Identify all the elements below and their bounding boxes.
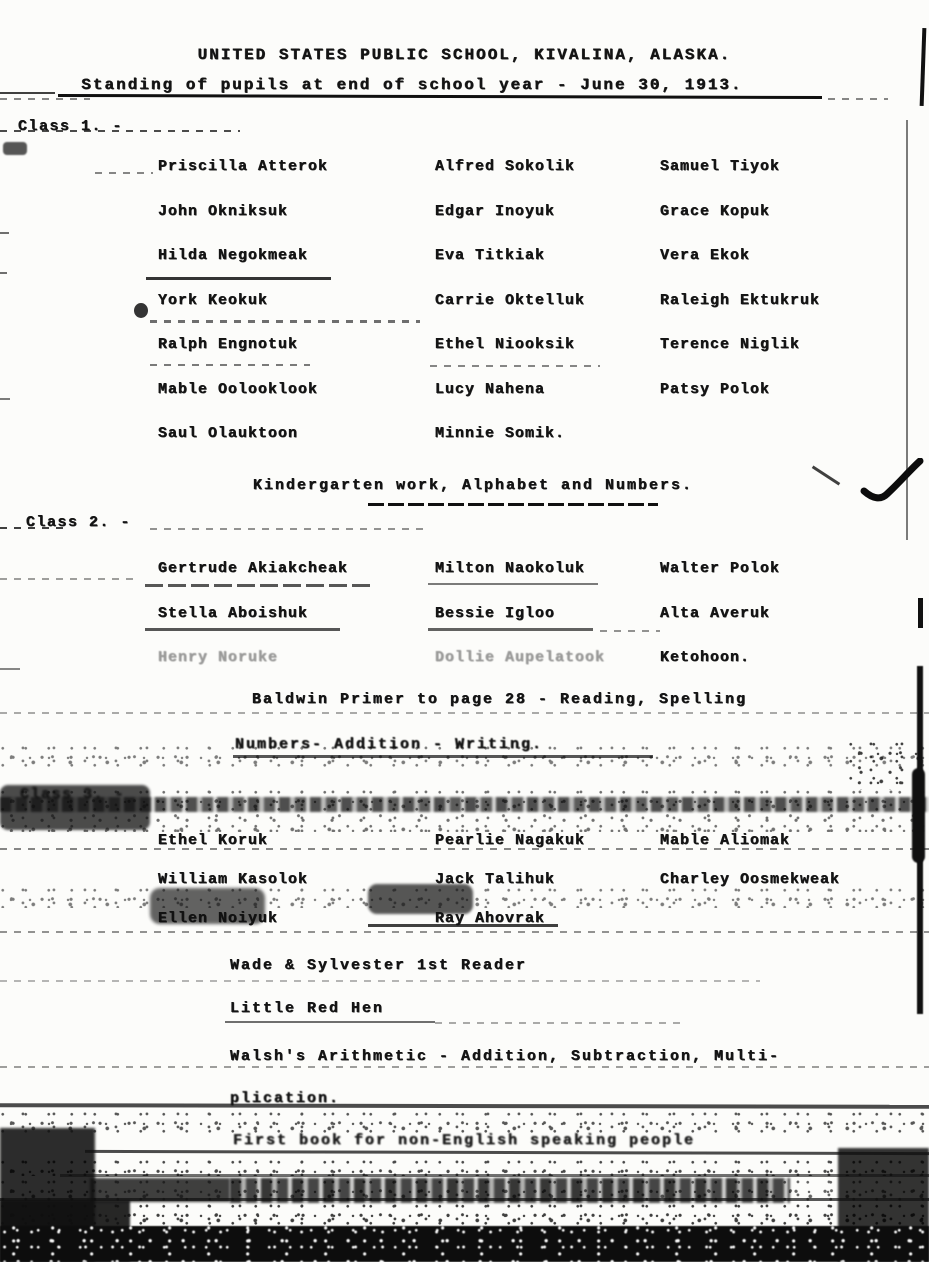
scan-edge-line: [912, 768, 925, 863]
scan-artifact: [435, 1022, 685, 1024]
pupil-name: Milton Naokoluk: [435, 560, 660, 577]
ink-blob: [134, 303, 148, 318]
class-2-note-1: Baldwin Primer to page 28 - Reading, Spe…: [252, 691, 747, 708]
pupil-name: Hilda Negokmeak: [158, 247, 435, 264]
pupil-name: Walter Polok: [660, 560, 918, 577]
scanned-document-page: UNITED STATES PUBLIC SCHOOL, KIVALINA, A…: [0, 0, 929, 1262]
scan-artifact: [828, 98, 888, 100]
roster-row: Henry NorukeDollie AupelatookKetohoon.: [158, 649, 918, 694]
class-3-note-5: First book for non-English speaking peop…: [233, 1132, 695, 1149]
scan-artifact: [0, 92, 55, 94]
scan-edge-line: [906, 120, 908, 540]
pupil-name: Mable Oolooklook: [158, 381, 435, 398]
name-underline: [145, 584, 370, 587]
pupil-name: Stella Aboishuk: [158, 605, 435, 622]
scan-edge-line: [920, 28, 927, 106]
scan-artifact: [0, 232, 9, 234]
pupil-name: Samuel Tiyok: [660, 158, 918, 175]
name-underline: [428, 583, 598, 585]
scan-artifact: [150, 528, 430, 530]
scan-artifact: [600, 630, 660, 632]
pupil-name: Edgar Inoyuk: [435, 203, 660, 220]
scan-artifact: [0, 1202, 929, 1226]
ink-blob: [85, 1150, 929, 1155]
name-underline: [150, 320, 420, 323]
pupil-name: Alfred Sokolik: [435, 158, 660, 175]
pupil-name: Ralph Engnotuk: [158, 336, 435, 353]
scan-artifact: [0, 712, 929, 714]
checkmark-annotation: [860, 458, 924, 504]
pupil-name: Pearlie Nagakuk: [435, 832, 660, 849]
ink-blob: [368, 884, 473, 914]
pupil-name: Raleigh Ektukruk: [660, 292, 918, 309]
scan-artifact: [95, 172, 153, 174]
pupil-name: Carrie Oktelluk: [435, 292, 660, 309]
pupil-name: Dollie Aupelatook: [435, 649, 660, 666]
scan-edge-line: [918, 598, 923, 628]
ink-blob: [0, 785, 150, 830]
scan-artifact: [0, 578, 140, 580]
pupil-name: Ethel Koruk: [158, 832, 435, 849]
scan-artifact: [0, 98, 90, 100]
ink-blob: [3, 142, 27, 155]
pupil-name: Patsy Polok: [660, 381, 918, 398]
name-underline: [150, 364, 310, 366]
scan-artifact: [0, 1103, 929, 1109]
pupil-name: Mable Aliomak: [660, 832, 918, 849]
pupil-name: Eva Titkiak: [435, 247, 660, 264]
scan-artifact: [0, 1198, 929, 1201]
roster-row: Stella AboishukBessie IglooAlta Averuk: [158, 605, 918, 650]
pupil-name: Minnie Somik.: [435, 425, 660, 442]
class-3-note-3: Walsh's Arithmetic - Addition, Subtracti…: [230, 1048, 780, 1065]
roster-row: Mable OolooklookLucy NahenaPatsy Polok: [158, 381, 918, 426]
scan-artifact: [0, 848, 929, 850]
pupil-name: Grace Kopuk: [660, 203, 918, 220]
pupil-name: Alta Averuk: [660, 605, 918, 622]
scan-artifact: [0, 931, 929, 933]
roster-row: York KeokukCarrie OktellukRaleigh Ektukr…: [158, 292, 918, 337]
roster-row: Saul OlauktoonMinnie Somik.: [158, 425, 918, 470]
scan-artifact: [0, 668, 20, 670]
pupil-name: John Okniksuk: [158, 203, 435, 220]
pupil-name: Ethel Niooksik: [435, 336, 660, 353]
pupil-name: Terence Niglik: [660, 336, 918, 353]
pupil-name: Priscilla Atterok: [158, 158, 435, 175]
pupil-name: York Keokuk: [158, 292, 435, 309]
check-icon: [860, 458, 924, 504]
name-underline: [430, 365, 600, 367]
ink-blob: [150, 888, 265, 924]
name-underline: [145, 628, 340, 631]
document-title: UNITED STATES PUBLIC SCHOOL, KIVALINA, A…: [0, 46, 929, 64]
scan-artifact: [0, 744, 929, 768]
note-underline: [368, 503, 658, 506]
pupil-name: Lucy Nahena: [435, 381, 660, 398]
roster-row: Ethel KorukPearlie NagakukMable Aliomak: [158, 832, 918, 871]
class-2-roster: Gertrude AkiakcheakMilton NaokolukWalter…: [158, 560, 918, 694]
roster-row: Ralph EngnotukEthel NiooksikTerence Nigl…: [158, 336, 918, 381]
pupil-name: Saul Olauktoon: [158, 425, 435, 442]
roster-row: Ellen NoiyukRay Ahovrak: [158, 910, 918, 949]
pupil-name: Ketohoon.: [660, 649, 918, 666]
subtitle-underline: [58, 94, 822, 99]
document-subtitle: Standing of pupils at end of school year…: [62, 76, 762, 94]
name-underline: [368, 924, 558, 927]
name-underline: [428, 628, 593, 631]
scan-artifact: [0, 527, 70, 529]
class-3-note-2: Little Red Hen: [230, 1000, 384, 1017]
pupil-name: Henry Noruke: [158, 649, 435, 666]
pupil-name: Gertrude Akiakcheak: [158, 560, 435, 577]
pupil-name: Bessie Igloo: [435, 605, 660, 622]
name-underline: [146, 277, 331, 280]
class-1-heading: Class 1. -: [18, 118, 123, 135]
ink-band: [0, 1226, 929, 1262]
scan-artifact: [0, 398, 10, 400]
roster-row: John OkniksukEdgar InoyukGrace Kopuk: [158, 203, 918, 248]
roster-row: Hilda NegokmeakEva TitkiakVera Ekok: [158, 247, 918, 292]
class-3-note-1: Wade & Sylvester 1st Reader: [230, 957, 527, 974]
class-1-roster: Priscilla AtterokAlfred SokolikSamuel Ti…: [158, 158, 918, 470]
class-1-note: Kindergarten work, Alphabet and Numbers.: [253, 477, 693, 494]
scan-artifact: [0, 1066, 929, 1068]
pupil-name: Vera Ekok: [660, 247, 918, 264]
scan-artifact: [0, 980, 760, 982]
scan-artifact: [0, 130, 240, 132]
roster-row: Priscilla AtterokAlfred SokolikSamuel Ti…: [158, 158, 918, 203]
scan-artifact: [0, 272, 7, 274]
scan-artifact: [60, 1174, 929, 1177]
scan-artifact: [225, 1021, 435, 1023]
